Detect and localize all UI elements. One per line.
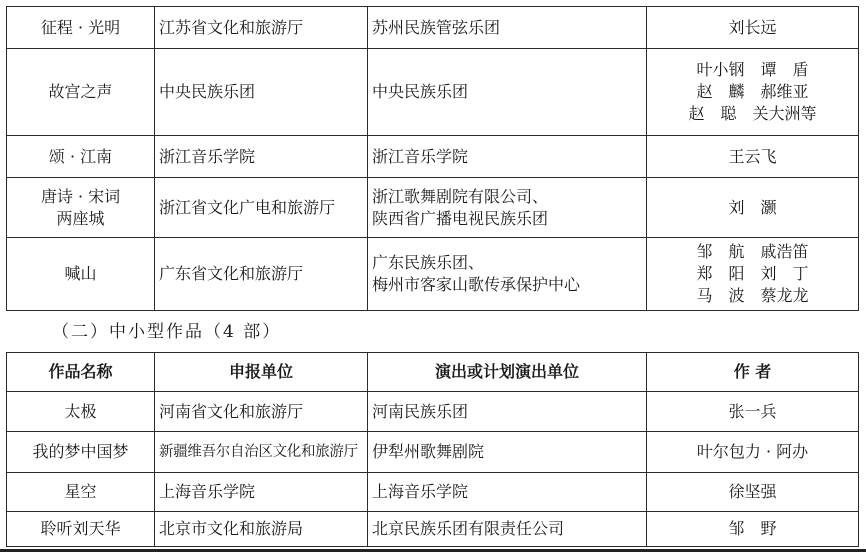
authors-cell: 徐坚强 (647, 473, 859, 512)
performer-line: 梅州市客家山歌传承保护中心 (372, 274, 646, 296)
work-title-cell: 喊山 (7, 238, 155, 311)
performer-line: 苏州民族管弦乐团 (372, 17, 646, 39)
author-line: 刘 灏 (647, 197, 858, 219)
performer-cell: 广东民族乐团、 梅州市客家山歌传承保护中心 (368, 238, 647, 311)
small-works-table: 作品名称 申报单位 演出或计划演出单位 作 者 太极 河南省文化和旅游厅 河南民… (6, 352, 859, 547)
applicant-cell: 广东省文化和旅游厅 (155, 238, 368, 311)
author-line: 马 波 蔡龙龙 (647, 285, 858, 307)
column-header-title: 作品名称 (7, 353, 155, 392)
table-row: 唐诗 · 宋词 两座城 浙江省文化广电和旅游厅 浙江歌舞剧院有限公司、 陕西省广… (7, 178, 859, 238)
performer-line: 中央民族乐团 (372, 81, 646, 103)
performer-cell: 河南民族乐团 (368, 392, 647, 432)
authors-cell: 叶小钢 谭 盾 赵 麟 郝维亚 赵 聪 关大洲等 (647, 49, 859, 136)
work-title: 喊山 (7, 263, 154, 285)
performer-line: 浙江歌舞剧院有限公司、 (372, 186, 646, 208)
work-title: 征程 · 光明 (7, 17, 154, 39)
table-row: 故宫之声 中央民族乐团 中央民族乐团 叶小钢 谭 盾 赵 麟 郝维亚 赵 聪 关… (7, 49, 859, 136)
authors-cell: 张一兵 (647, 392, 859, 432)
author-line: 赵 麟 郝维亚 (647, 81, 858, 103)
applicant-cell: 浙江省文化广电和旅游厅 (155, 178, 368, 238)
authors-cell: 邹 航 戚浩笛 郑 阳 刘 丁 马 波 蔡龙龙 (647, 238, 859, 311)
applicant-cell: 河南省文化和旅游厅 (155, 392, 368, 432)
table-row: 我的梦中国梦 新疆维吾尔自治区文化和旅游厅 伊犁州歌舞剧院 叶尔包力 · 阿办 (7, 432, 859, 473)
performer-line: 陕西省广播电视民族乐团 (372, 208, 646, 230)
table-row: 颂 · 江南 浙江音乐学院 浙江音乐学院 王云飞 (7, 136, 859, 178)
authors-cell: 邹 野 (647, 512, 859, 547)
table-row: 征程 · 光明 江苏省文化和旅游厅 苏州民族管弦乐团 刘长远 (7, 7, 859, 49)
authors-cell: 王云飞 (647, 136, 859, 178)
work-title-cell: 颂 · 江南 (7, 136, 155, 178)
applicant-cell: 江苏省文化和旅游厅 (155, 7, 368, 49)
author-line: 赵 聪 关大洲等 (647, 103, 858, 125)
table-row: 喊山 广东省文化和旅游厅 广东民族乐团、 梅州市客家山歌传承保护中心 邹 航 戚… (7, 238, 859, 311)
author-line: 邹 航 戚浩笛 (647, 241, 858, 263)
large-works-table: 征程 · 光明 江苏省文化和旅游厅 苏州民族管弦乐团 刘长远 故宫之声 中央民族… (6, 6, 859, 311)
performer-cell: 中央民族乐团 (368, 49, 647, 136)
author-line: 刘长远 (647, 17, 858, 39)
work-title-cell: 故宫之声 (7, 49, 155, 136)
table-row: 太极 河南省文化和旅游厅 河南民族乐团 张一兵 (7, 392, 859, 432)
work-title: 故宫之声 (7, 81, 154, 103)
applicant-cell: 中央民族乐团 (155, 49, 368, 136)
performer-cell: 苏州民族管弦乐团 (368, 7, 647, 49)
performer-cell: 浙江歌舞剧院有限公司、 陕西省广播电视民族乐团 (368, 178, 647, 238)
performer-cell: 北京民族乐团有限责任公司 (368, 512, 647, 547)
work-title-cell: 征程 · 光明 (7, 7, 155, 49)
work-title-cell: 星空 (7, 473, 155, 512)
work-title-cell: 太极 (7, 392, 155, 432)
performer-cell: 浙江音乐学院 (368, 136, 647, 178)
applicant-cell: 北京市文化和旅游局 (155, 512, 368, 547)
work-title-cell: 唐诗 · 宋词 两座城 (7, 178, 155, 238)
applicant-cell: 上海音乐学院 (155, 473, 368, 512)
performer-line: 广东民族乐团、 (372, 252, 646, 274)
work-title: 两座城 (7, 208, 154, 230)
authors-cell: 刘长远 (647, 7, 859, 49)
author-line: 叶小钢 谭 盾 (647, 59, 858, 81)
column-header-authors: 作 者 (647, 353, 859, 392)
applicant-cell: 新疆维吾尔自治区文化和旅游厅 (155, 432, 368, 473)
applicant-cell: 浙江音乐学院 (155, 136, 368, 178)
author-line: 王云飞 (647, 146, 858, 168)
work-title: 唐诗 · 宋词 (7, 186, 154, 208)
performer-cell: 伊犁州歌舞剧院 (368, 432, 647, 473)
column-header-applicant: 申报单位 (155, 353, 368, 392)
table-row: 星空 上海音乐学院 上海音乐学院 徐坚强 (7, 473, 859, 512)
authors-cell: 刘 灏 (647, 178, 859, 238)
table-row: 聆听刘天华 北京市文化和旅游局 北京民族乐团有限责任公司 邹 野 (7, 512, 859, 547)
table-header-row: 作品名称 申报单位 演出或计划演出单位 作 者 (7, 353, 859, 392)
work-title-cell: 聆听刘天华 (7, 512, 155, 547)
column-header-performer: 演出或计划演出单位 (368, 353, 647, 392)
work-title: 颂 · 江南 (7, 146, 154, 168)
work-title-cell: 我的梦中国梦 (7, 432, 155, 473)
performer-cell: 上海音乐学院 (368, 473, 647, 512)
performer-line: 浙江音乐学院 (372, 146, 646, 168)
section-heading: （二）中小型作品（4 部） (52, 317, 281, 342)
authors-cell: 叶尔包力 · 阿办 (647, 432, 859, 473)
author-line: 郑 阳 刘 丁 (647, 263, 858, 285)
